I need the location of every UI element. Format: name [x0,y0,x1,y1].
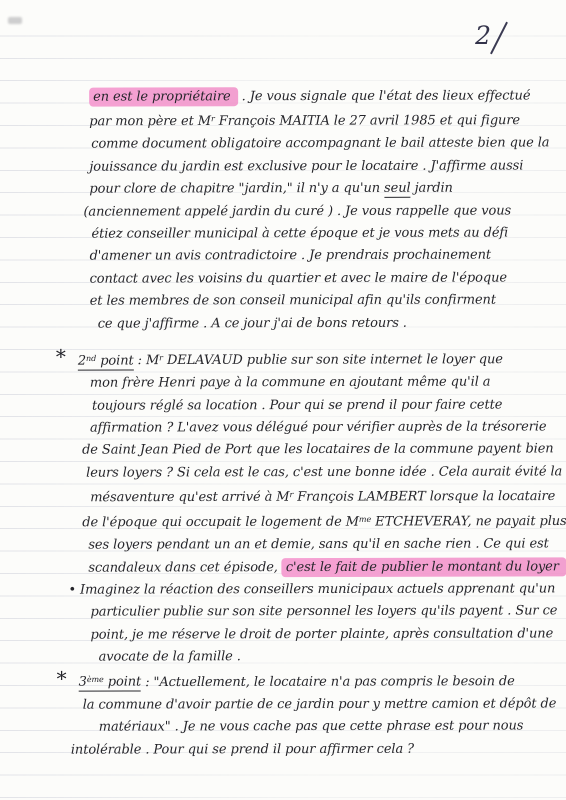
page-number-value: 2 [475,21,491,50]
text-segment: d'amener un avis contradictoire . Je pre… [90,248,491,264]
text-segment: comme document obligatoire accompagnant … [91,136,549,152]
text-segment: avocate de la famille . [99,649,241,664]
text-line: particulier publie sur son site personne… [90,601,562,625]
text-segment: jardin [411,181,453,196]
highlighted-text: c'est le fait de publier le montant du l… [282,557,566,577]
text-segment: et les membres de son conseil municipal … [90,293,496,309]
text-line: la commune d'avoir partie de ce jardin p… [83,693,563,717]
text-line: ses loyers pendant un an et demie, sans … [88,534,562,558]
margin-asterisk: * [56,346,66,368]
text-line: jouissance du jardin est exclusive pour … [89,155,561,179]
underlined-text: seul [384,181,411,198]
text-segment: • Imaginez la réaction des conseillers m… [68,581,555,597]
text-segment: point [96,353,133,368]
letter-body: en est le propriétaire . Je vous signale… [89,85,563,761]
text-segment: mésaventure qu'est arrivé à M [90,490,289,506]
text-line: par mon père et Mr François MAITIA le 27… [89,108,561,134]
text-line: toujours réglé sa location . Pour qui se… [92,394,562,418]
text-segment: : "Actuellement, le locataire n'a pas co… [141,674,515,690]
underlined-text: 2nd point [78,353,134,370]
text-line: de Saint Jean Pied de Port que les locat… [82,439,562,463]
text-segment: . Je vous signale que l'état des lieux e… [238,88,531,104]
text-segment: François LAMBERT lorsque la locataire [293,489,555,505]
text-line: • Imaginez la réaction des conseillers m… [68,578,562,602]
text-segment: jouissance du jardin est exclusive pour … [89,158,523,174]
text-segment: de Saint Jean Pied de Port que les locat… [82,442,554,458]
text-line: avocate de la famille . [99,646,563,670]
text-segment: ses loyers pendant un an et demie, sans … [88,537,548,553]
text-line: de l'époque qui occupait le logement de … [82,509,562,535]
text-line: ce que j'affirme . A ce jour j'ai de bon… [98,312,562,336]
text-segment: leurs loyers ? Si cela est le cas, c'est… [86,464,562,480]
paragraph: *3ème point : "Actuellement, le locatair… [91,668,563,761]
text-line: d'amener un avis contradictoire . Je pre… [90,245,562,269]
text-line: scandaleux dans cet épisode, c'est le fa… [88,556,562,580]
text-segment: ETCHEVERAY, ne payait plus [371,514,566,530]
highlighted-text: en est le propriétaire [89,87,238,106]
page-number: 2 [475,20,500,56]
text-line: intolérable . Pour qui se prend il pour … [71,738,563,762]
text-segment: particulier publie sur son site personne… [90,604,557,620]
paragraph: *2nd point : Mr DELAVAUD publie sur son … [90,346,563,669]
page-number-slash [490,22,508,55]
text-line: en est le propriétaire . Je vous signale… [89,85,561,109]
margin-asterisk: * [57,667,67,689]
text-segment: François MAITIA le 27 avril 1985 et qui … [215,114,520,130]
text-segment: : M [134,353,160,368]
text-segment: DELAVAUD publie sur son site internet le… [163,352,503,368]
text-line: et les membres de son conseil municipal … [90,290,562,314]
text-segment: point [104,675,141,690]
text-line: 3ème point : "Actuellement, le locataire… [79,668,563,694]
text-segment: étiez conseiller municipal à cette époqu… [91,226,508,242]
text-segment: toujours réglé sa location . Pour qui se… [92,397,502,413]
text-segment: pour clore de chapitre "jardin," il n'y … [89,181,384,197]
text-segment: matériaux" . Je ne vous cache pas que ce… [99,719,524,735]
text-line: mon frère Henri paye à la commune en ajo… [90,372,562,396]
corner-smudge [8,17,22,24]
text-segment: nd [86,354,96,363]
text-line: point, je me réserve le droit de porter … [91,623,563,647]
text-segment: par mon père et M [89,114,211,129]
text-line: mésaventure qu'est arrivé à Mr François … [90,484,562,510]
text-line: comme document obligatoire accompagnant … [91,133,561,157]
text-segment: seul [384,181,411,196]
paragraph: en est le propriétaire . Je vous signale… [89,85,562,335]
text-segment: 2 [78,353,86,368]
text-line: (anciennement appelé jardin du curé ) . … [83,200,561,224]
underlined-text: 3ème point [79,675,142,692]
text-segment: 3 [79,675,87,690]
text-line: 2nd point : Mr DELAVAUD publie sur son s… [78,346,562,372]
text-line: contact avec les voisins du quartier et … [90,267,562,291]
text-line: matériaux" . Je ne vous cache pas que ce… [99,715,563,739]
letter-page: 2 en est le propriétaire . Je vous signa… [0,0,566,800]
text-segment: point, je me réserve le droit de porter … [91,626,554,642]
text-line: leurs loyers ? Si cela est le cas, c'est… [86,461,562,485]
text-line: étiez conseiller municipal à cette époqu… [91,222,561,246]
text-segment: ème [87,675,104,684]
text-segment: la commune d'avoir partie de ce jardin p… [83,696,557,712]
text-segment: contact avec les voisins du quartier et … [90,270,507,286]
text-segment: intolérable . Pour qui se prend il pour … [71,741,414,757]
text-segment: mon frère Henri paye à la commune en ajo… [90,375,491,391]
text-line: pour clore de chapitre "jardin," il n'y … [89,178,561,202]
text-segment: scandaleux dans cet épisode, [88,560,282,576]
text-segment: affirmation ? L'avez vous délégué pour v… [90,419,547,435]
text-segment: me [359,515,371,524]
text-line: affirmation ? L'avez vous délégué pour v… [90,416,562,440]
text-segment: ce que j'affirme . A ce jour j'ai de bon… [98,315,407,331]
text-segment: (anciennement appelé jardin du curé ) . … [83,203,511,219]
text-segment: de l'époque qui occupait le logement de … [82,515,359,531]
